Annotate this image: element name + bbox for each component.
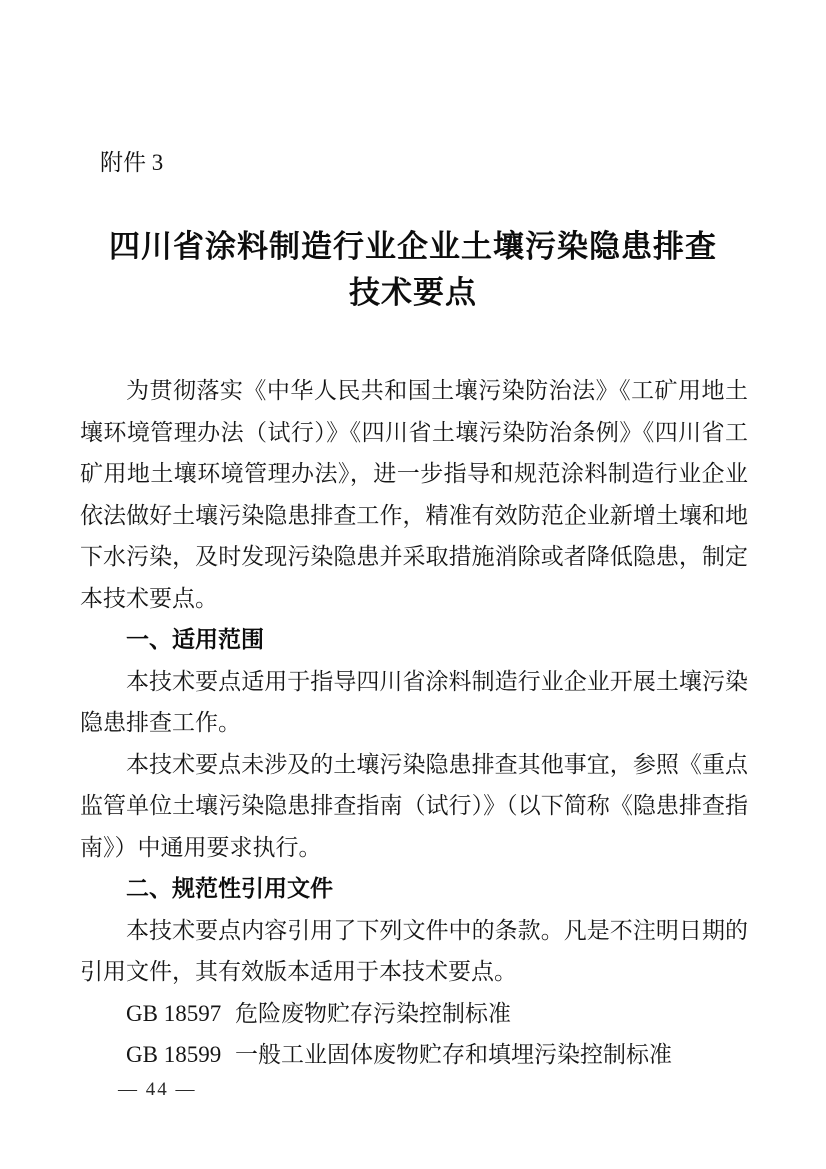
document-title-line-2: 技术要点	[349, 275, 477, 310]
intro-paragraph: 为贯彻落实《中华人民共和国土壤污染防治法》《工矿用地土壤环境管理办法（试行）》《…	[80, 370, 748, 619]
standard-code: GB 18599	[126, 1042, 221, 1067]
scope-paragraph-1: 本技术要点适用于指导四川省涂料制造行业企业开展土壤污染隐患排查工作。	[80, 661, 748, 744]
document-page: 附件 3 四川省涂料制造行业企业土壤污染隐患排查技术要点 为贯彻落实《中华人民共…	[0, 0, 826, 1169]
standard-reference-gb18599: GB 18599一般工业固体废物贮存和填埋污染控制标准	[80, 1034, 748, 1076]
section-heading-references: 二、规范性引用文件	[80, 868, 748, 910]
standard-name: 危险废物贮存污染控制标准	[235, 1001, 511, 1026]
document-body: 为贯彻落实《中华人民共和国土壤污染防治法》《工矿用地土壤环境管理办法（试行）》《…	[80, 370, 748, 1076]
standard-code: GB 18597	[126, 1001, 221, 1026]
standard-name: 一般工业固体废物贮存和填埋污染控制标准	[235, 1042, 672, 1067]
document-title: 四川省涂料制造行业企业土壤污染隐患排查技术要点	[60, 224, 766, 316]
page-number: — 44 —	[118, 1079, 826, 1101]
standard-reference-gb18597: GB 18597危险废物贮存污染控制标准	[80, 993, 748, 1035]
attachment-label: 附件 3	[100, 148, 826, 178]
document-title-line-1: 四川省涂料制造行业企业土壤污染隐患排查	[109, 229, 717, 264]
scope-paragraph-2: 本技术要点未涉及的土壤污染隐患排查其他事宜，参照《重点监管单位土壤污染隐患排查指…	[80, 744, 748, 869]
section-heading-scope: 一、适用范围	[80, 619, 748, 661]
references-paragraph-1: 本技术要点内容引用了下列文件中的条款。凡是不注明日期的引用文件，其有效版本适用于…	[80, 910, 748, 993]
